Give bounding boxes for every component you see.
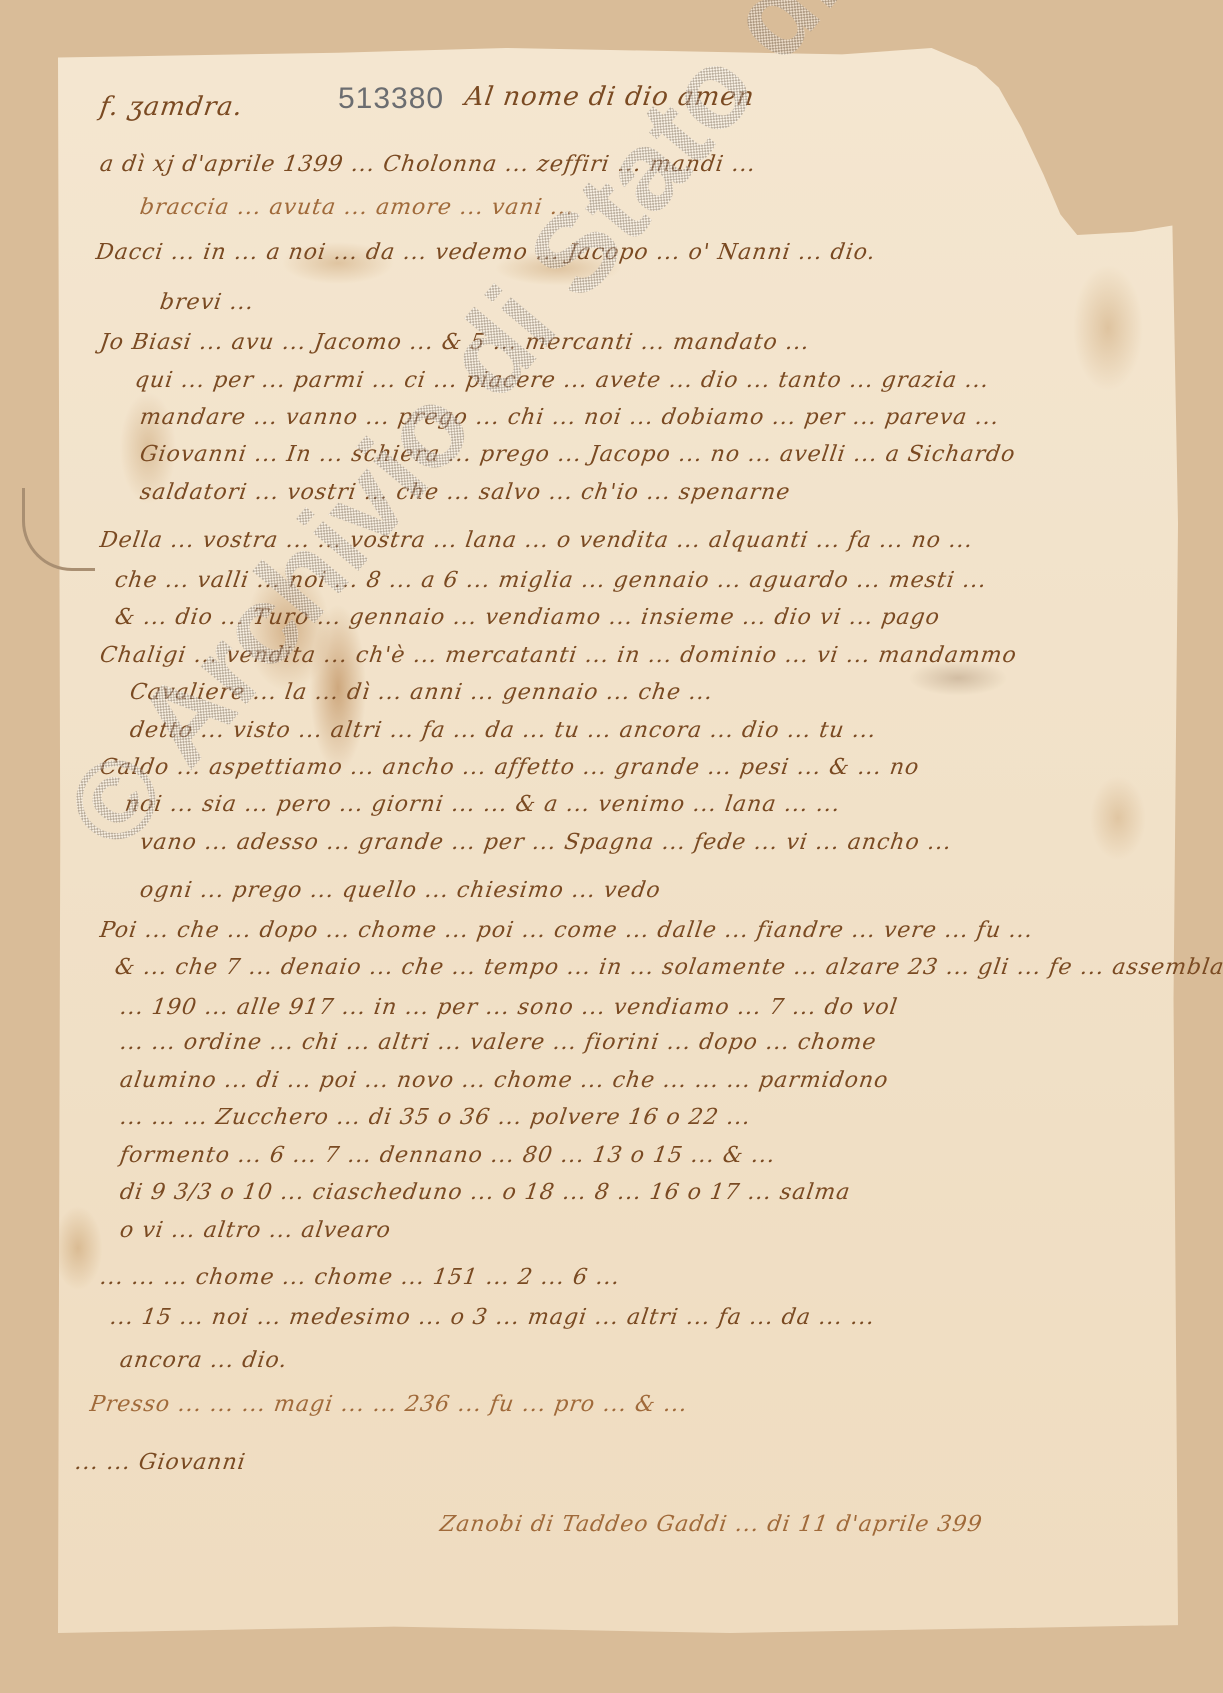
letter-line: brevi ...	[158, 290, 256, 315]
letter-line: ... ... ... chome ... chome ... 151 ... …	[98, 1265, 621, 1290]
letter-line: di 9 3/3 o 10 ... ciascheduno ... o 18 .…	[118, 1180, 852, 1205]
letter-line: ... ... ... Zucchero ... di 35 o 36 ... …	[118, 1105, 752, 1130]
letter-line: qui ... per ... parmi ... ci ... piacere…	[133, 368, 991, 393]
letter-line: alumino ... di ... poi ... novo ... chom…	[118, 1068, 890, 1093]
letter-line: formento ... 6 ... 7 ... dennano ... 80 …	[118, 1143, 777, 1168]
letter-line: Giovanni ... In ... schiera ... prego ..…	[138, 442, 1017, 467]
letter-line: ... ... ordine ... chi ... altri ... val…	[118, 1030, 878, 1055]
letter-line: noi ... sia ... pero ... giorni ... ... …	[123, 792, 842, 817]
heading-left: f. ʒamdra.	[98, 92, 245, 122]
letter-line: ... 15 ... noi ... medesimo ... o 3 ... …	[108, 1305, 876, 1330]
letter-line: ... 190 ... alle 917 ... in ... per ... …	[118, 995, 899, 1020]
letter-line: Poi ... che ... dopo ... chome ... poi .…	[98, 918, 1035, 943]
binding-string	[22, 488, 95, 571]
letter-line: Della ... vostra ... ... vostra ... lana…	[98, 528, 975, 553]
letter-line: Presso ... ... ... magi ... ... 236 ... …	[88, 1392, 689, 1417]
letter-line: ogni ... prego ... quello ... chiesimo .…	[138, 878, 662, 903]
archival-number: 513380	[338, 82, 444, 116]
letter-line: mandare ... vanno ... prego ... chi ... …	[138, 405, 1001, 430]
letter-line: ancora ... dio.	[118, 1348, 289, 1373]
letter-line: o vi ... altro ... alvearo	[118, 1218, 392, 1243]
letter-line: braccia ... avuta ... amore ... vani ...	[138, 195, 576, 220]
signature-date-line: Zanobi di Taddeo Gaddi ... di 11 d'april…	[438, 1512, 984, 1537]
letter-line: & ... che 7 ... denaio ... che ... tempo…	[113, 955, 1223, 980]
letter-line: ... ... Giovanni	[73, 1450, 247, 1475]
letter-line: vano ... adesso ... grande ... per ... S…	[138, 830, 953, 855]
